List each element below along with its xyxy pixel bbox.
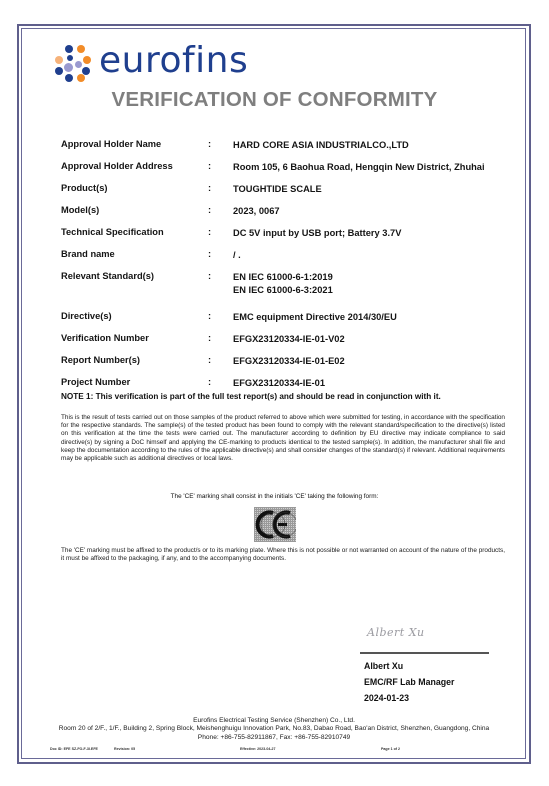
field-label: Verification Number (61, 333, 208, 346)
page-number: Page 1 of 2 (381, 747, 400, 751)
signature-date: 2024-01-23 (364, 690, 454, 706)
field-label: Model(s) (61, 205, 208, 218)
field-value: EFGX23120334-IE-01-E02 (233, 355, 501, 368)
footer-company: Eurofins Electrical Testing Service (She… (24, 717, 524, 725)
field-colon: : (208, 139, 233, 152)
field-value: DC 5V input by USB port; Battery 3.7V (233, 227, 501, 240)
field-colon: : (208, 227, 233, 240)
field-row: Directive(s):EMC equipment Directive 201… (61, 311, 501, 324)
field-label: Product(s) (61, 183, 208, 196)
ce-marking-icon (254, 507, 296, 542)
field-colon: : (208, 355, 233, 368)
field-row: Approval Holder Name:HARD CORE ASIA INDU… (61, 139, 501, 152)
footer-address-line: Room 20 of 2/F., 1/F., Building 2, Sprin… (24, 725, 524, 733)
field-row: Brand name:/ . (61, 249, 501, 262)
field-label: Technical Specification (61, 227, 208, 240)
field-label: Directive(s) (61, 311, 208, 324)
ce-affix-paragraph: The 'CE' marking must be affixed to the … (61, 547, 505, 563)
field-label: Project Number (61, 377, 208, 390)
field-value: EN IEC 61000-6-1:2019EN IEC 61000-6-3:20… (233, 271, 501, 297)
field-colon: : (208, 161, 233, 174)
field-value: EFGX23120334-IE-01-V02 (233, 333, 501, 346)
signer-name: Albert Xu (364, 658, 454, 674)
document-title: VERIFICATION OF CONFORMITY (0, 88, 549, 112)
verification-fields: Approval Holder Name:HARD CORE ASIA INDU… (61, 139, 501, 390)
signature-line (360, 652, 489, 654)
field-value-line: EMC equipment Directive 2014/30/EU (233, 311, 501, 324)
field-row: Verification Number:EFGX23120334-IE-01-V… (61, 333, 501, 346)
field-colon: : (208, 333, 233, 346)
doc-id: Doc ID: EFE SZ-FO-F-3I.EFE (50, 747, 98, 751)
field-value: 2023, 0067 (233, 205, 501, 218)
field-value: EMC equipment Directive 2014/30/EU (233, 311, 501, 324)
footer-address: Eurofins Electrical Testing Service (She… (24, 717, 524, 742)
field-colon: : (208, 377, 233, 390)
field-value-line: EFGX23120334-IE-01 (233, 377, 501, 390)
field-value-line: EN IEC 61000-6-1:2019 (233, 271, 501, 284)
field-colon: : (208, 205, 233, 218)
field-value-line: EFGX23120334-IE-01-E02 (233, 355, 501, 368)
field-value-line: / . (233, 249, 501, 262)
field-row: Report Number(s):EFGX23120334-IE-01-E02 (61, 355, 501, 368)
field-value-line: Room 105, 6 Baohua Road, Hengqin New Dis… (233, 161, 501, 174)
field-colon: : (208, 271, 233, 297)
test-result-paragraph: This is the result of tests carried out … (61, 414, 505, 463)
field-row: Approval Holder Address:Room 105, 6 Baoh… (61, 161, 501, 174)
signer-role: EMC/RF Lab Manager (364, 674, 454, 690)
field-label: Approval Holder Name (61, 139, 208, 152)
field-row: Relevant Standard(s):EN IEC 61000-6-1:20… (61, 271, 501, 297)
brand-name: eurofins (99, 43, 248, 79)
eurofins-molecule-icon (53, 43, 93, 83)
field-label: Report Number(s) (61, 355, 208, 368)
field-value: EFGX23120334-IE-01 (233, 377, 501, 390)
field-row: Technical Specification:DC 5V input by U… (61, 227, 501, 240)
field-value: Room 105, 6 Baohua Road, Hengqin New Dis… (233, 161, 501, 174)
field-colon: : (208, 249, 233, 262)
note-1: NOTE 1: This verification is part of the… (61, 392, 441, 401)
field-label: Relevant Standard(s) (61, 271, 208, 297)
footer-contact: Phone: +86-755-82911867, Fax: +86-755-82… (24, 734, 524, 742)
field-value-line: 2023, 0067 (233, 205, 501, 218)
field-value: / . (233, 249, 501, 262)
field-value: TOUGHTIDE SCALE (233, 183, 501, 196)
eurofins-logo: eurofins (53, 43, 248, 83)
signer-block: Albert Xu EMC/RF Lab Manager 2024-01-23 (364, 658, 454, 706)
field-value-line: HARD CORE ASIA INDUSTRIALCO.,LTD (233, 139, 501, 152)
field-label: Approval Holder Address (61, 161, 208, 174)
field-colon: : (208, 183, 233, 196)
field-value-line: EN IEC 61000-6-3:2021 (233, 284, 501, 297)
field-value-line: TOUGHTIDE SCALE (233, 183, 501, 196)
field-value: HARD CORE ASIA INDUSTRIALCO.,LTD (233, 139, 501, 152)
field-colon: : (208, 311, 233, 324)
revision: Revision: 05 (114, 747, 135, 751)
ce-caption: The 'CE' marking shall consist in the in… (0, 493, 549, 500)
field-value-line: DC 5V input by USB port; Battery 3.7V (233, 227, 501, 240)
field-row: Project Number:EFGX23120334-IE-01 (61, 377, 501, 390)
effective-date: Effective: 2023-04-27 (240, 747, 276, 751)
field-row: Product(s):TOUGHTIDE SCALE (61, 183, 501, 196)
field-value-line: EFGX23120334-IE-01-V02 (233, 333, 501, 346)
field-row: Model(s):2023, 0067 (61, 205, 501, 218)
field-label: Brand name (61, 249, 208, 262)
handwritten-signature: Albert Xu (367, 626, 425, 639)
